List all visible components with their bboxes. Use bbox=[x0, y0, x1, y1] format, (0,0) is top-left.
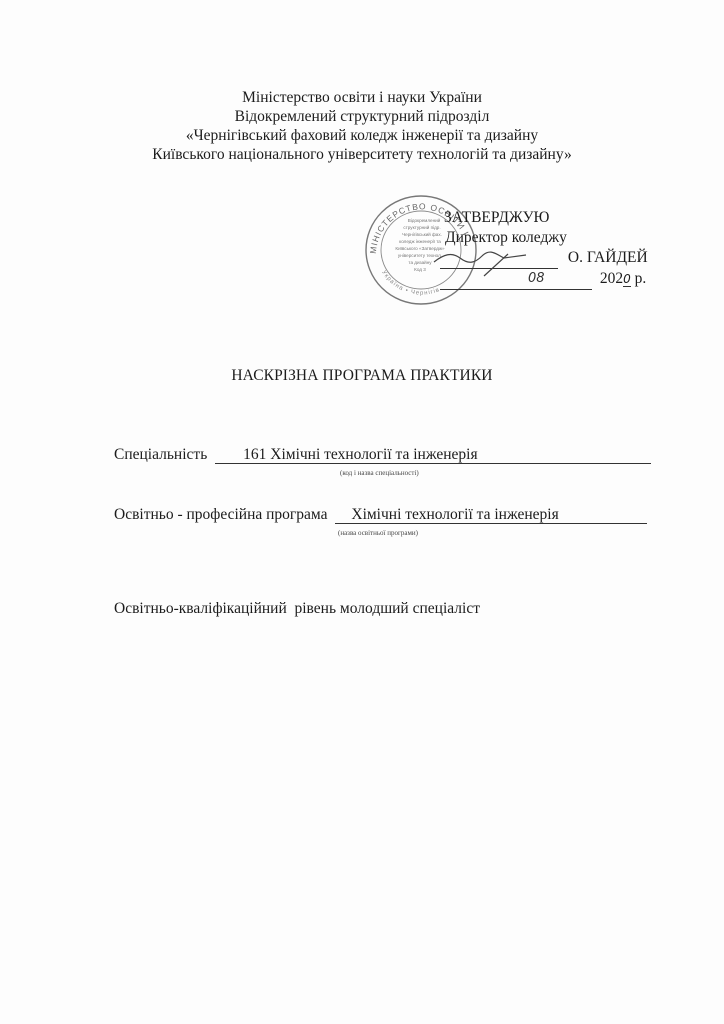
level-label: Освітньо-кваліфікаційний рівень bbox=[114, 600, 336, 617]
page-title: НАСКРІЗНА ПРОГРАМА ПРАКТИКИ bbox=[0, 367, 724, 385]
subdivision-line: Відокремлений структурний підрозділ bbox=[0, 107, 724, 126]
signature-line: О. ГАЙДЕЙ bbox=[440, 248, 670, 269]
university-line: Київського національного університету те… bbox=[0, 145, 724, 164]
director-name: О. ГАЙДЕЙ bbox=[568, 249, 648, 266]
approve-label: ЗАТВЕРДЖУЮ bbox=[440, 208, 670, 228]
level-value: молодший спеціаліст bbox=[340, 600, 480, 617]
college-line: «Чернігівський фаховий коледж інженерії … bbox=[0, 126, 724, 145]
date-line: 08 2020 р. bbox=[440, 269, 670, 290]
svg-text:Код 3: Код 3 bbox=[414, 267, 426, 272]
level-row: Освітньо-кваліфікаційний рівень молодший… bbox=[114, 600, 480, 618]
program-label: Освітньо - професійна програма bbox=[114, 506, 328, 523]
date-year-suffix: 0 bbox=[623, 272, 631, 287]
svg-text:Відокремлений: Відокремлений bbox=[408, 217, 441, 223]
specialty-caption: (код і назва спеціальності) bbox=[340, 469, 419, 477]
specialty-label: Спеціальність bbox=[114, 446, 207, 463]
date-field: 08 bbox=[440, 269, 592, 290]
approval-block: ЗАТВЕРДЖУЮ Директор коледжу О. ГАЙДЕЙ 08… bbox=[440, 208, 670, 290]
specialty-row: Спеціальність 161 Хімічні технології та … bbox=[114, 446, 651, 464]
svg-text:Чернігівський фах.: Чернігівський фах. bbox=[402, 231, 442, 237]
program-row: Освітньо - професійна програма Хімічні т… bbox=[114, 506, 647, 524]
document-page: Міністерство освіти і науки України Відо… bbox=[0, 0, 724, 1024]
program-caption: (назва освітньої програми) bbox=[338, 529, 418, 537]
date-year-prefix: 202 bbox=[600, 270, 623, 287]
specialty-value: 161 Хімічні технології та інженерія bbox=[215, 447, 651, 464]
date-month: 08 bbox=[528, 269, 545, 289]
svg-text:структурний підр.: структурний підр. bbox=[403, 224, 440, 230]
svg-text:та дизайну: та дизайну bbox=[408, 259, 432, 265]
document-header: Міністерство освіти і науки України Відо… bbox=[0, 88, 724, 164]
program-value: Хімічні технології та інженерія bbox=[335, 507, 647, 524]
date-suffix: р. bbox=[635, 270, 647, 287]
ministry-line: Міністерство освіти і науки України bbox=[0, 88, 724, 107]
